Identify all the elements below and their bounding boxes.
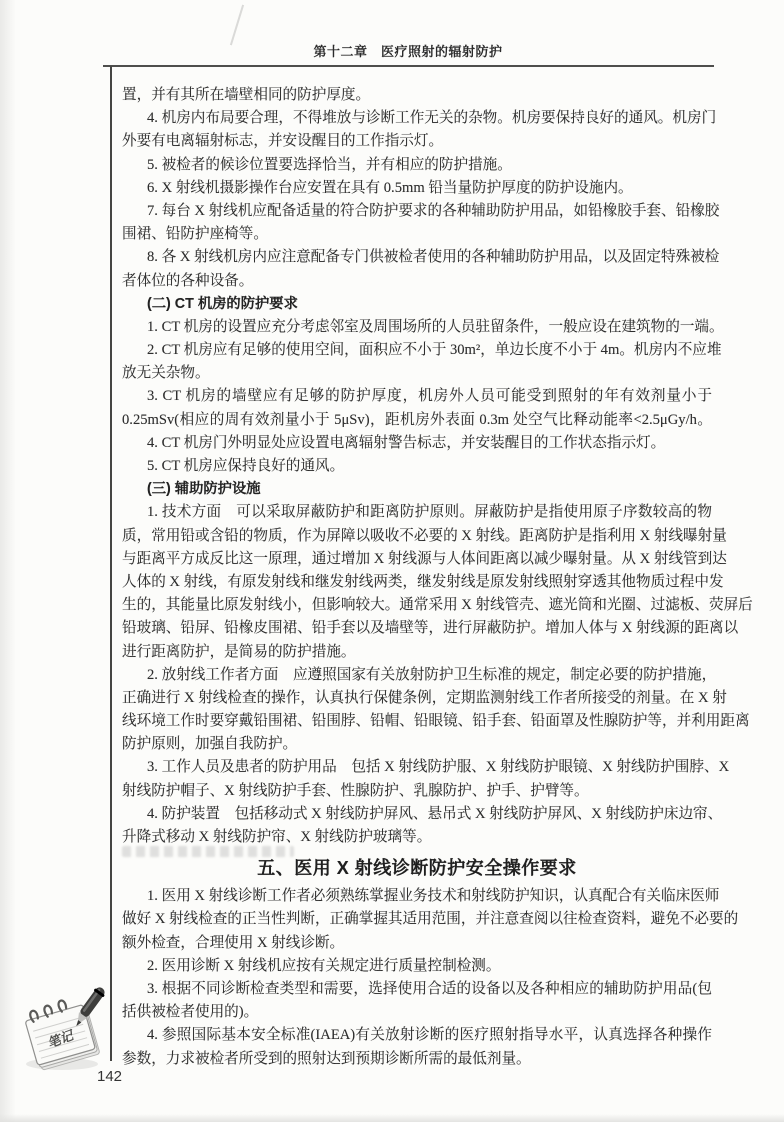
- body-line: 2. CT 机房应有足够的使用空间，面积应不小于 30m²，单边长度不小于 4m…: [122, 339, 712, 362]
- body-line: 6. X 射线机摄影操作台应安置在具有 0.5mm 铅当量防护厚度的防护设施内。: [122, 177, 712, 200]
- body-line: 3. 根据不同诊断检查类型和需要，选择使用合适的设备以及各种相应的辅助防护用品(…: [122, 978, 712, 1001]
- section-heading: 五、医用 X 射线诊断防护安全操作要求: [122, 851, 712, 885]
- body-line: 3. CT 机房的墙壁应有足够的防护厚度，机房外人员可能受到照射的年有效剂量小于: [122, 385, 712, 408]
- body-line: 者体位的各种设备。: [122, 270, 712, 293]
- body-line: 升降式移动 X 射线防护帘、X 射线防护玻璃等。: [122, 826, 712, 849]
- book-page: 第十二章 医疗照射的辐射防护 置，并有其所在墙壁相同的防护厚度。 4. 机房内布…: [0, 0, 784, 1122]
- notes-icon: 笔记: [12, 982, 114, 1076]
- body-line: 5. CT 机房应保持良好的通风。: [122, 455, 712, 478]
- body-line: 1. CT 机房的设置应充分考虑邻室及周围场所的人员驻留条件，一般应设在建筑物的…: [122, 316, 712, 339]
- scan-scratch-artifact: [230, 5, 244, 46]
- body-line: 人体的 X 射线，有原发射线和继发射线两类，继发射线是原发射线照射穿透其他物质过…: [122, 571, 712, 594]
- body-line: 质，常用铅或含铅的物质，作为屏障以吸收不必要的 X 射线。距离防护是指利用 X …: [122, 525, 712, 548]
- scan-bottom-shade: [0, 1114, 784, 1122]
- body-line: 置，并有其所在墙壁相同的防护厚度。: [122, 84, 712, 107]
- body-line: 生的，其能量比原发射线小，但影响较大。通常采用 X 射线管壳、遮光筒和光圈、过滤…: [122, 594, 712, 617]
- body-line: 括供被检者使用的)。: [122, 1001, 712, 1024]
- body-line: 做好 X 射线检查的正当性判断，正确掌握其适用范围，并注意查阅以往检查资料，避免…: [122, 908, 712, 931]
- body-line: 额外检查，合理使用 X 射线诊断。: [122, 932, 712, 955]
- body-line: 4. 防护装置 包括移动式 X 射线防护屏风、悬吊式 X 射线防护屏风、X 射线…: [122, 803, 712, 826]
- body-line: 5. 被检者的候诊位置要选择恰当，并有相应的防护措施。: [122, 154, 712, 177]
- body-line: 与距离平方成反比这一原理，通过增加 X 射线源与人体间距离以减少曝射量。从 X …: [122, 548, 712, 571]
- text-column: 置，并有其所在墙壁相同的防护厚度。 4. 机房内布局要合理，不得堆放与诊断工作无…: [122, 84, 712, 1071]
- margin-rule: [110, 66, 112, 1061]
- body-line: 8. 各 X 射线机房内应注意配备专门供被检者使用的各种辅助防护用品，以及固定特…: [122, 246, 712, 269]
- body-line: 3. 工作人员及患者的防护用品 包括 X 射线防护服、X 射线防护眼镜、X 射线…: [122, 756, 712, 779]
- subsection-heading: (三) 辅助防护设施: [122, 478, 712, 501]
- body-line: 1. 技术方面 可以采取屏蔽防护和距离防护原则。屏蔽防护是指使用原子序数较高的物: [122, 501, 712, 524]
- scan-edge-shade: [0, 0, 16, 1122]
- body-line: 围裙、铅防护座椅等。: [122, 223, 712, 246]
- body-line: 射线防护帽子、X 射线防护手套、性腺防护、乳腺防护、护手、护臂等。: [122, 780, 712, 803]
- body-line: 防护原则，加强自我防护。: [122, 733, 712, 756]
- body-line: 4. 参照国际基本安全标准(IAEA)有关放射诊断的医疗照射指导水平，认真选择各…: [122, 1024, 712, 1047]
- body-line: 0.25mSv(相应的周有效剂量小于 5μSv)，距机房外表面 0.3m 处空气…: [122, 409, 712, 432]
- body-line: 7. 每台 X 射线机应配备适量的符合防护要求的各种辅助防护用品，如铅橡胶手套、…: [122, 200, 712, 223]
- body-line: 2. 放射线工作者方面 应遵照国家有关放射防护卫生标准的规定，制定必要的防护措施…: [122, 664, 712, 687]
- body-line: 外要有电离辐射标志，并安设醒目的工作指示灯。: [122, 130, 712, 153]
- subsection-heading: (二) CT 机房的防护要求: [122, 293, 712, 316]
- body-line: 1. 医用 X 射线诊断工作者必须熟练掌握业务技术和射线防护知识，认真配合有关临…: [122, 885, 712, 908]
- body-line: 2. 医用诊断 X 射线机应按有关规定进行质量控制检测。: [122, 955, 712, 978]
- body-line: 4. CT 机房门外明显处应设置电离辐射警告标志，并安装醒目的工作状态指示灯。: [122, 432, 712, 455]
- body-line: 放无关杂物。: [122, 362, 712, 385]
- header-rule: [103, 65, 714, 67]
- body-line: 正确进行 X 射线检查的操作，认真执行保健条例，定期监测射线工作者所接受的剂量。…: [122, 687, 712, 710]
- body-line: 进行距离防护，是简易的防护措施。: [122, 641, 712, 664]
- chapter-header: 第十二章 医疗照射的辐射防护: [104, 41, 712, 60]
- body-line: 铅玻璃、铅屏、铅橡皮围裙、铅手套以及墙壁等，进行屏蔽防护。增加人体与 X 射线源…: [122, 617, 712, 640]
- body-line: 4. 机房内布局要合理，不得堆放与诊断工作无关的杂物。机房要保持良好的通风。机房…: [122, 107, 712, 130]
- body-line: 线环境工作时要穿戴铅围裙、铅围脖、铅帽、铅眼镜、铅手套、铅面罩及性腺防护等，并利…: [122, 710, 712, 733]
- body-line: 参数，力求被检者所受到的照射达到预期诊断所需的最低剂量。: [122, 1048, 712, 1071]
